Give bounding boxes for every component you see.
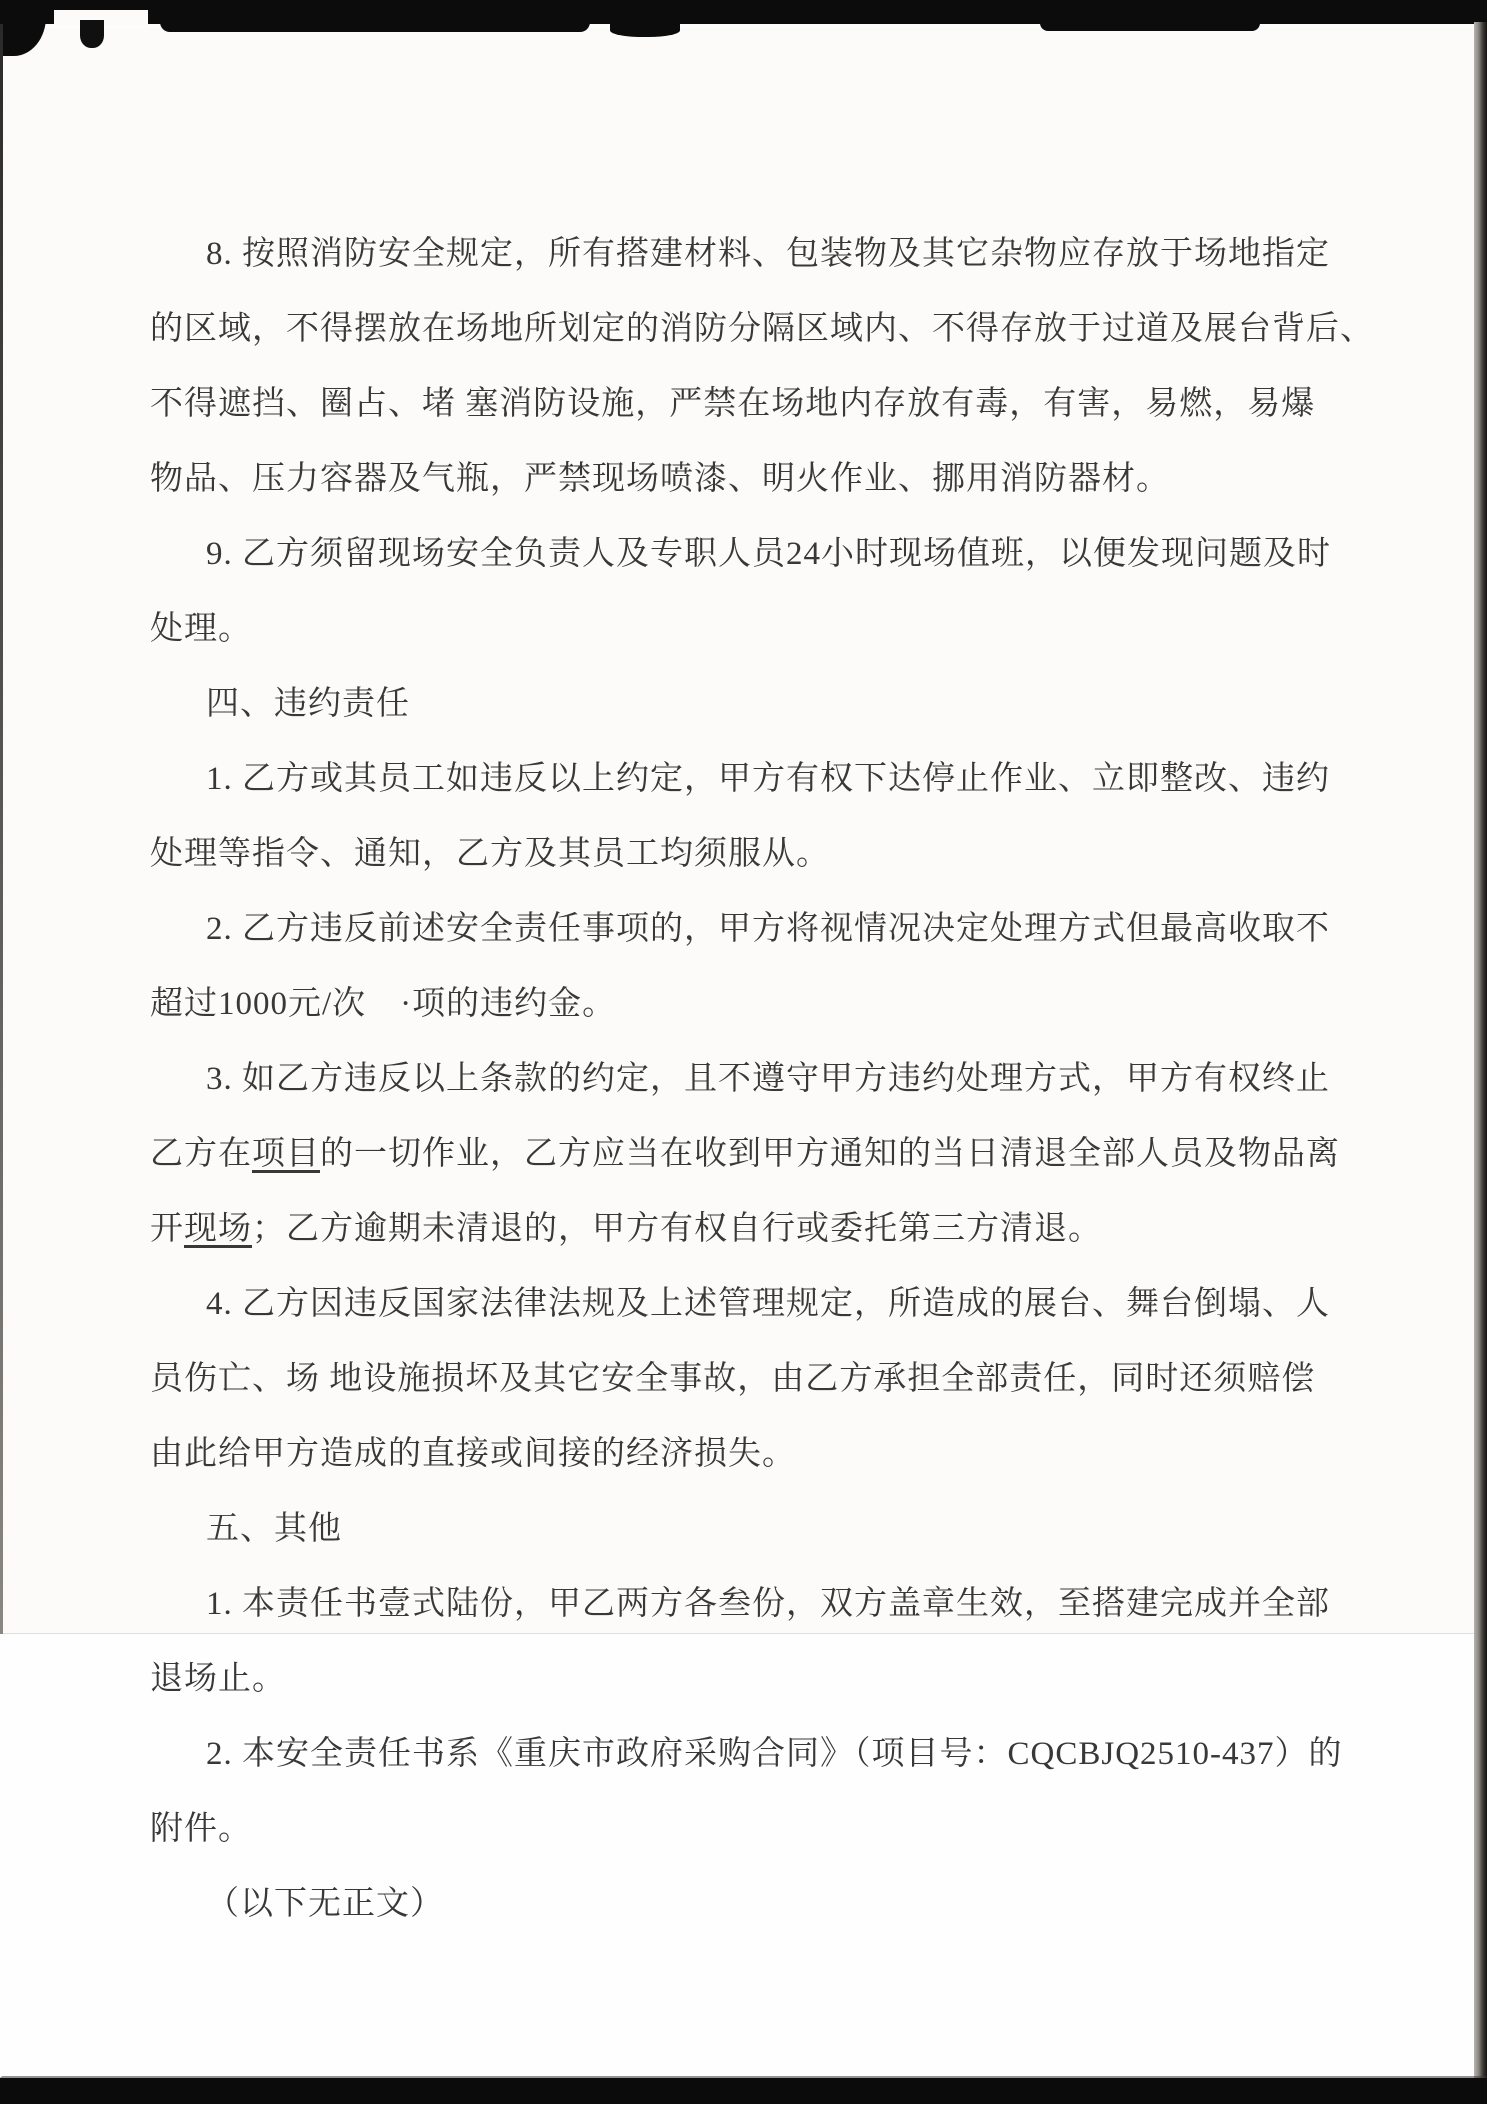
section-4-item-3-line-1: 3. 如乙方违反以上条款的约定，且不遵守甲方违约处理方式，甲方有权终止 (150, 1042, 1360, 1117)
scan-artifact-top-bump (160, 20, 590, 32)
section-4-item-1-line-2: 处理等指令、通知，乙方及其员工均须服从。 (150, 817, 1360, 892)
item-3-line-2-underlined-term: 项目 (252, 1136, 320, 1172)
section-4-item-2-line-1: 2. 乙方违反前述安全责任事项的，甲方将视情况决定处理方式但最高收取不 (150, 892, 1360, 967)
clause-9-line-1: 9. 乙方须留现场安全负责人及专职人员24小时现场值班，以便发现问题及时 (150, 517, 1360, 592)
scan-artifact-bottom-edge (0, 2078, 1487, 2104)
scan-artifact-left-edge (0, 24, 3, 1634)
scan-artifact-top-bump (1040, 20, 1260, 31)
clause-8-line-4: 物品、压力容器及气瓶，严禁现场喷漆、明火作业、挪用消防器材。 (150, 442, 1360, 517)
clause-8-line-2: 的区域，不得摆放在场地所划定的消防分隔区域内、不得存放于过道及展台背后、 (150, 292, 1360, 367)
section-4-item-2-line-2: 超过1000元/次 ·项的违约金。 (150, 967, 1360, 1042)
section-5-item-1-line-1: 1. 本责任书壹式陆份，甲乙两方各叁份，双方盖章生效，至搭建完成并全部 (150, 1567, 1360, 1642)
section-4-item-4-line-1: 4. 乙方因违反国家法律法规及上述管理规定，所造成的展台、舞台倒塌、人 (150, 1267, 1360, 1342)
section-4-item-4-line-3: 由此给甲方造成的直接或间接的经济损失。 (150, 1417, 1360, 1492)
clause-9-line-2: 处理。 (150, 592, 1360, 667)
section-4-heading: 四、违约责任 (150, 667, 1360, 742)
section-4-item-3-line-2: 乙方在项目的一切作业，乙方应当在收到甲方通知的当日清退全部人员及物品离 (150, 1117, 1360, 1192)
scan-artifact-top-bump (610, 22, 680, 37)
scanned-document-page: 8. 按照消防安全规定，所有搭建材料、包装物及其它杂物应存放于场地指定 的区域，… (0, 0, 1487, 2104)
closing-note: （以下无正文） (150, 1867, 1360, 1942)
scan-artifact-right-edge (1474, 22, 1487, 2104)
section-5-item-1-line-2: 退场止。 (150, 1642, 1360, 1717)
section-5-item-2-line-1: 2. 本安全责任书系《重庆市政府采购合同》（项目号：CQCBJQ2510-437… (150, 1717, 1360, 1792)
section-4-item-1-line-1: 1. 乙方或其员工如违反以上约定，甲方有权下达停止作业、立即整改、违约 (150, 742, 1360, 817)
clause-8-line-3: 不得遮挡、圈占、堵 塞消防设施，严禁在场地内存放有毒，有害，易燃，易爆 (150, 367, 1360, 442)
section-4-item-3-line-3: 开现场；乙方逾期未清退的，甲方有权自行或委托第三方清退。 (150, 1192, 1360, 1267)
document-body: 8. 按照消防安全规定，所有搭建材料、包装物及其它杂物应存放于场地指定 的区域，… (150, 217, 1360, 1942)
item-3-line-3-underlined-term: 现场 (184, 1211, 252, 1247)
clause-8-line-1: 8. 按照消防安全规定，所有搭建材料、包装物及其它杂物应存放于场地指定 (150, 217, 1360, 292)
scan-artifact-top-spur (80, 20, 104, 48)
item-3-line-3-post: ；乙方逾期未清退的，甲方有权自行或委托第三方清退。 (252, 1211, 1102, 1247)
item-3-line-2-pre: 乙方在 (150, 1136, 252, 1172)
section-4-item-4-line-2: 员伤亡、场 地设施损坏及其它安全事故，由乙方承担全部责任，同时还须赔偿 (150, 1342, 1360, 1417)
section-5-item-2-line-2: 附件。 (150, 1792, 1360, 1867)
item-3-line-3-pre: 开 (150, 1211, 184, 1247)
item-3-line-2-post: 的一切作业，乙方应当在收到甲方通知的当日清退全部人员及物品离 (320, 1136, 1340, 1172)
section-5-heading: 五、其他 (150, 1492, 1360, 1567)
